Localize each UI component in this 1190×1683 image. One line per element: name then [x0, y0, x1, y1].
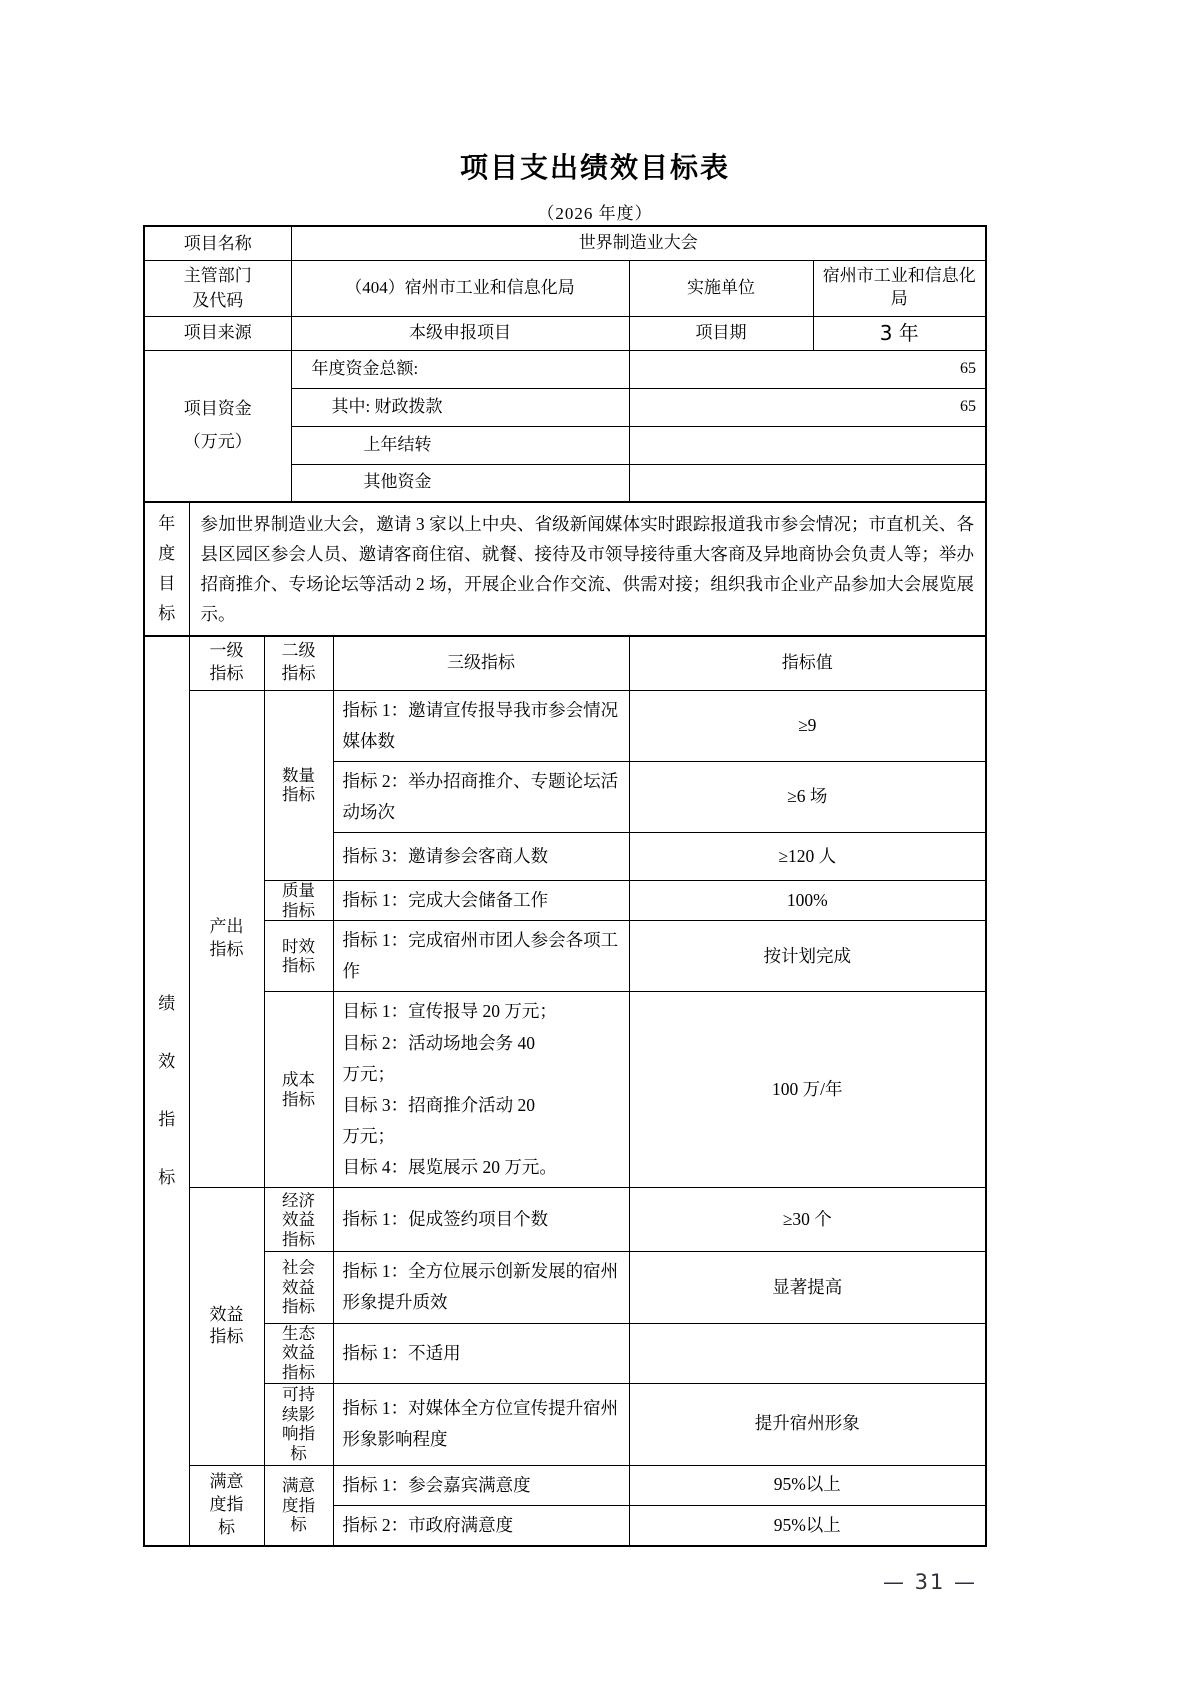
header-level2: 二级 指标: [264, 636, 333, 690]
row-project-name: 项目名称 世界制造业大会: [144, 226, 986, 260]
indicator-value: 按计划完成: [629, 921, 986, 992]
level2-timeliness: 时效 指标: [264, 921, 333, 992]
indicator-l3: 指标 2：市政府满意度: [333, 1505, 629, 1546]
indicator-l3: 指标 2：举办招商推介、专题论坛活动场次: [333, 761, 629, 832]
indicator-value: 95%以上: [629, 1465, 986, 1505]
indicator-value: 95%以上: [629, 1505, 986, 1546]
header-value: 指标值: [629, 636, 986, 690]
row-annual-goal: 年 度 目 标 参加世界制造业大会，邀请 3 家以上中央、省级新闻媒体实时跟踪报…: [144, 502, 986, 636]
indicator-value: 100 万/年: [629, 992, 986, 1188]
indicator-value: ≥6 场: [629, 761, 986, 832]
impl-unit-label: 实施单位: [629, 260, 813, 316]
indicator-value: 提升宿州形象: [629, 1383, 986, 1465]
level2-ecological: 生态 效益 指标: [264, 1323, 333, 1383]
fund-carryover-label: 上年结转: [291, 426, 629, 464]
indicator-l3: 指标 1：邀请宣传报导我市参会情况媒体数: [333, 690, 629, 761]
doc-subtitle: （2026 年度）: [0, 199, 1190, 224]
indicators-table: 绩 效 指 标 一级 指标 二级 指标 三级指标 指标值 产出 指标 数量 指标…: [143, 635, 987, 1547]
indicator-row: 满意 度指 标 满意 度指 标 指标 1：参会嘉宾满意度 95%以上: [144, 1465, 986, 1505]
indicator-row: 质量 指标 指标 1：完成大会储备工作 100%: [144, 881, 986, 921]
indicator-l3: 指标 1：完成宿州市团人参会各项工作: [333, 921, 629, 992]
indicator-l3: 指标 1：促成签约项目个数: [333, 1188, 629, 1252]
indicator-l3: 指标 3：邀请参会客商人数: [333, 833, 629, 881]
row-dept: 主管部门 及代码 （404）宿州市工业和信息化局 实施单位 宿州市工业和信息化局: [144, 260, 986, 316]
project-name-label: 项目名称: [144, 226, 291, 260]
fund-fiscal-label: 其中: 财政拨款: [291, 388, 629, 426]
annual-goal-text: 参加世界制造业大会，邀请 3 家以上中央、省级新闻媒体实时跟踪报道我市参会情况；…: [189, 502, 986, 636]
project-name-value: 世界制造业大会: [291, 226, 986, 260]
indicators-side-label: 绩 效 指 标: [144, 636, 189, 1546]
fund-total-label: 年度资金总额:: [291, 350, 629, 388]
dept-value: （404）宿州市工业和信息化局: [291, 260, 629, 316]
indicator-value: [629, 1323, 986, 1383]
level2-cost: 成本 指标: [264, 992, 333, 1188]
level2-sustainable: 可持 续影 响指 标: [264, 1383, 333, 1465]
level2-satisfaction: 满意 度指 标: [264, 1465, 333, 1546]
level2-economic: 经济 效益 指标: [264, 1188, 333, 1252]
indicator-l3: 指标 1：完成大会储备工作: [333, 881, 629, 921]
indicator-row: 生态 效益 指标 指标 1：不适用: [144, 1323, 986, 1383]
page-number: — 31 —: [860, 1570, 1000, 1594]
indicator-value: ≥120 人: [629, 833, 986, 881]
header-level3: 三级指标: [333, 636, 629, 690]
indicator-value: 100%: [629, 881, 986, 921]
source-value: 本级申报项目: [291, 316, 629, 350]
indicator-row: 时效 指标 指标 1：完成宿州市团人参会各项工作 按计划完成: [144, 921, 986, 992]
source-label: 项目来源: [144, 316, 291, 350]
row-source: 项目来源 本级申报项目 项目期 3 年: [144, 316, 986, 350]
level2-quantity: 数量 指标: [264, 690, 333, 881]
indicator-row: 成本 指标 目标 1：宣传报导 20 万元； 目标 2：活动场地会务 40 万元…: [144, 992, 986, 1188]
header-level1: 一级 指标: [189, 636, 264, 690]
indicator-l3: 目标 1：宣传报导 20 万元； 目标 2：活动场地会务 40 万元； 目标 3…: [333, 992, 629, 1188]
fund-label: 项目资金 （万元）: [144, 350, 291, 502]
indicator-value: ≥30 个: [629, 1188, 986, 1252]
tables-wrapper: 项目名称 世界制造业大会 主管部门 及代码 （404）宿州市工业和信息化局 实施…: [143, 225, 985, 1547]
indicator-row: 社会 效益 指标 指标 1：全方位展示创新发展的宿州形象提升质效 显著提高: [144, 1252, 986, 1323]
indicator-row: 可持 续影 响指 标 指标 1：对媒体全方位宣传提升宿州形象影响程度 提升宿州形…: [144, 1383, 986, 1465]
level2-quality: 质量 指标: [264, 881, 333, 921]
indicator-l3: 指标 1：全方位展示创新发展的宿州形象提升质效: [333, 1252, 629, 1323]
indicator-l3: 指标 1：不适用: [333, 1323, 629, 1383]
level2-social: 社会 效益 指标: [264, 1252, 333, 1323]
document-page: 项目支出绩效目标表 （2026 年度） 项目名称 世界制造业大会 主管部门 及代…: [0, 0, 1190, 1683]
level1-satisfaction: 满意 度指 标: [189, 1465, 264, 1546]
indicators-header-row: 绩 效 指 标 一级 指标 二级 指标 三级指标 指标值: [144, 636, 986, 690]
fund-other-label: 其他资金: [291, 464, 629, 502]
level1-output: 产出 指标: [189, 690, 264, 1188]
indicator-value: 显著提高: [629, 1252, 986, 1323]
row-fund-total: 项目资金 （万元） 年度资金总额: 65: [144, 350, 986, 388]
project-info-table: 项目名称 世界制造业大会 主管部门 及代码 （404）宿州市工业和信息化局 实施…: [143, 225, 987, 503]
indicator-l3: 指标 1：参会嘉宾满意度: [333, 1465, 629, 1505]
indicator-row: 效益 指标 经济 效益 指标 指标 1：促成签约项目个数 ≥30 个: [144, 1188, 986, 1252]
fund-other-value: [629, 464, 986, 502]
indicator-row: 产出 指标 数量 指标 指标 1：邀请宣传报导我市参会情况媒体数 ≥9: [144, 690, 986, 761]
fund-total-value: 65: [629, 350, 986, 388]
level1-benefit: 效益 指标: [189, 1188, 264, 1465]
doc-title: 项目支出绩效目标表: [0, 146, 1190, 186]
indicator-l3: 指标 1：对媒体全方位宣传提升宿州形象影响程度: [333, 1383, 629, 1465]
impl-unit-value: 宿州市工业和信息化局: [813, 260, 986, 316]
annual-goal-table: 年 度 目 标 参加世界制造业大会，邀请 3 家以上中央、省级新闻媒体实时跟踪报…: [143, 501, 987, 637]
indicator-value: ≥9: [629, 690, 986, 761]
dept-label: 主管部门 及代码: [144, 260, 291, 316]
period-value: 3 年: [813, 316, 986, 350]
fund-carryover-value: [629, 426, 986, 464]
period-label: 项目期: [629, 316, 813, 350]
annual-goal-label: 年 度 目 标: [144, 502, 189, 636]
fund-fiscal-value: 65: [629, 388, 986, 426]
